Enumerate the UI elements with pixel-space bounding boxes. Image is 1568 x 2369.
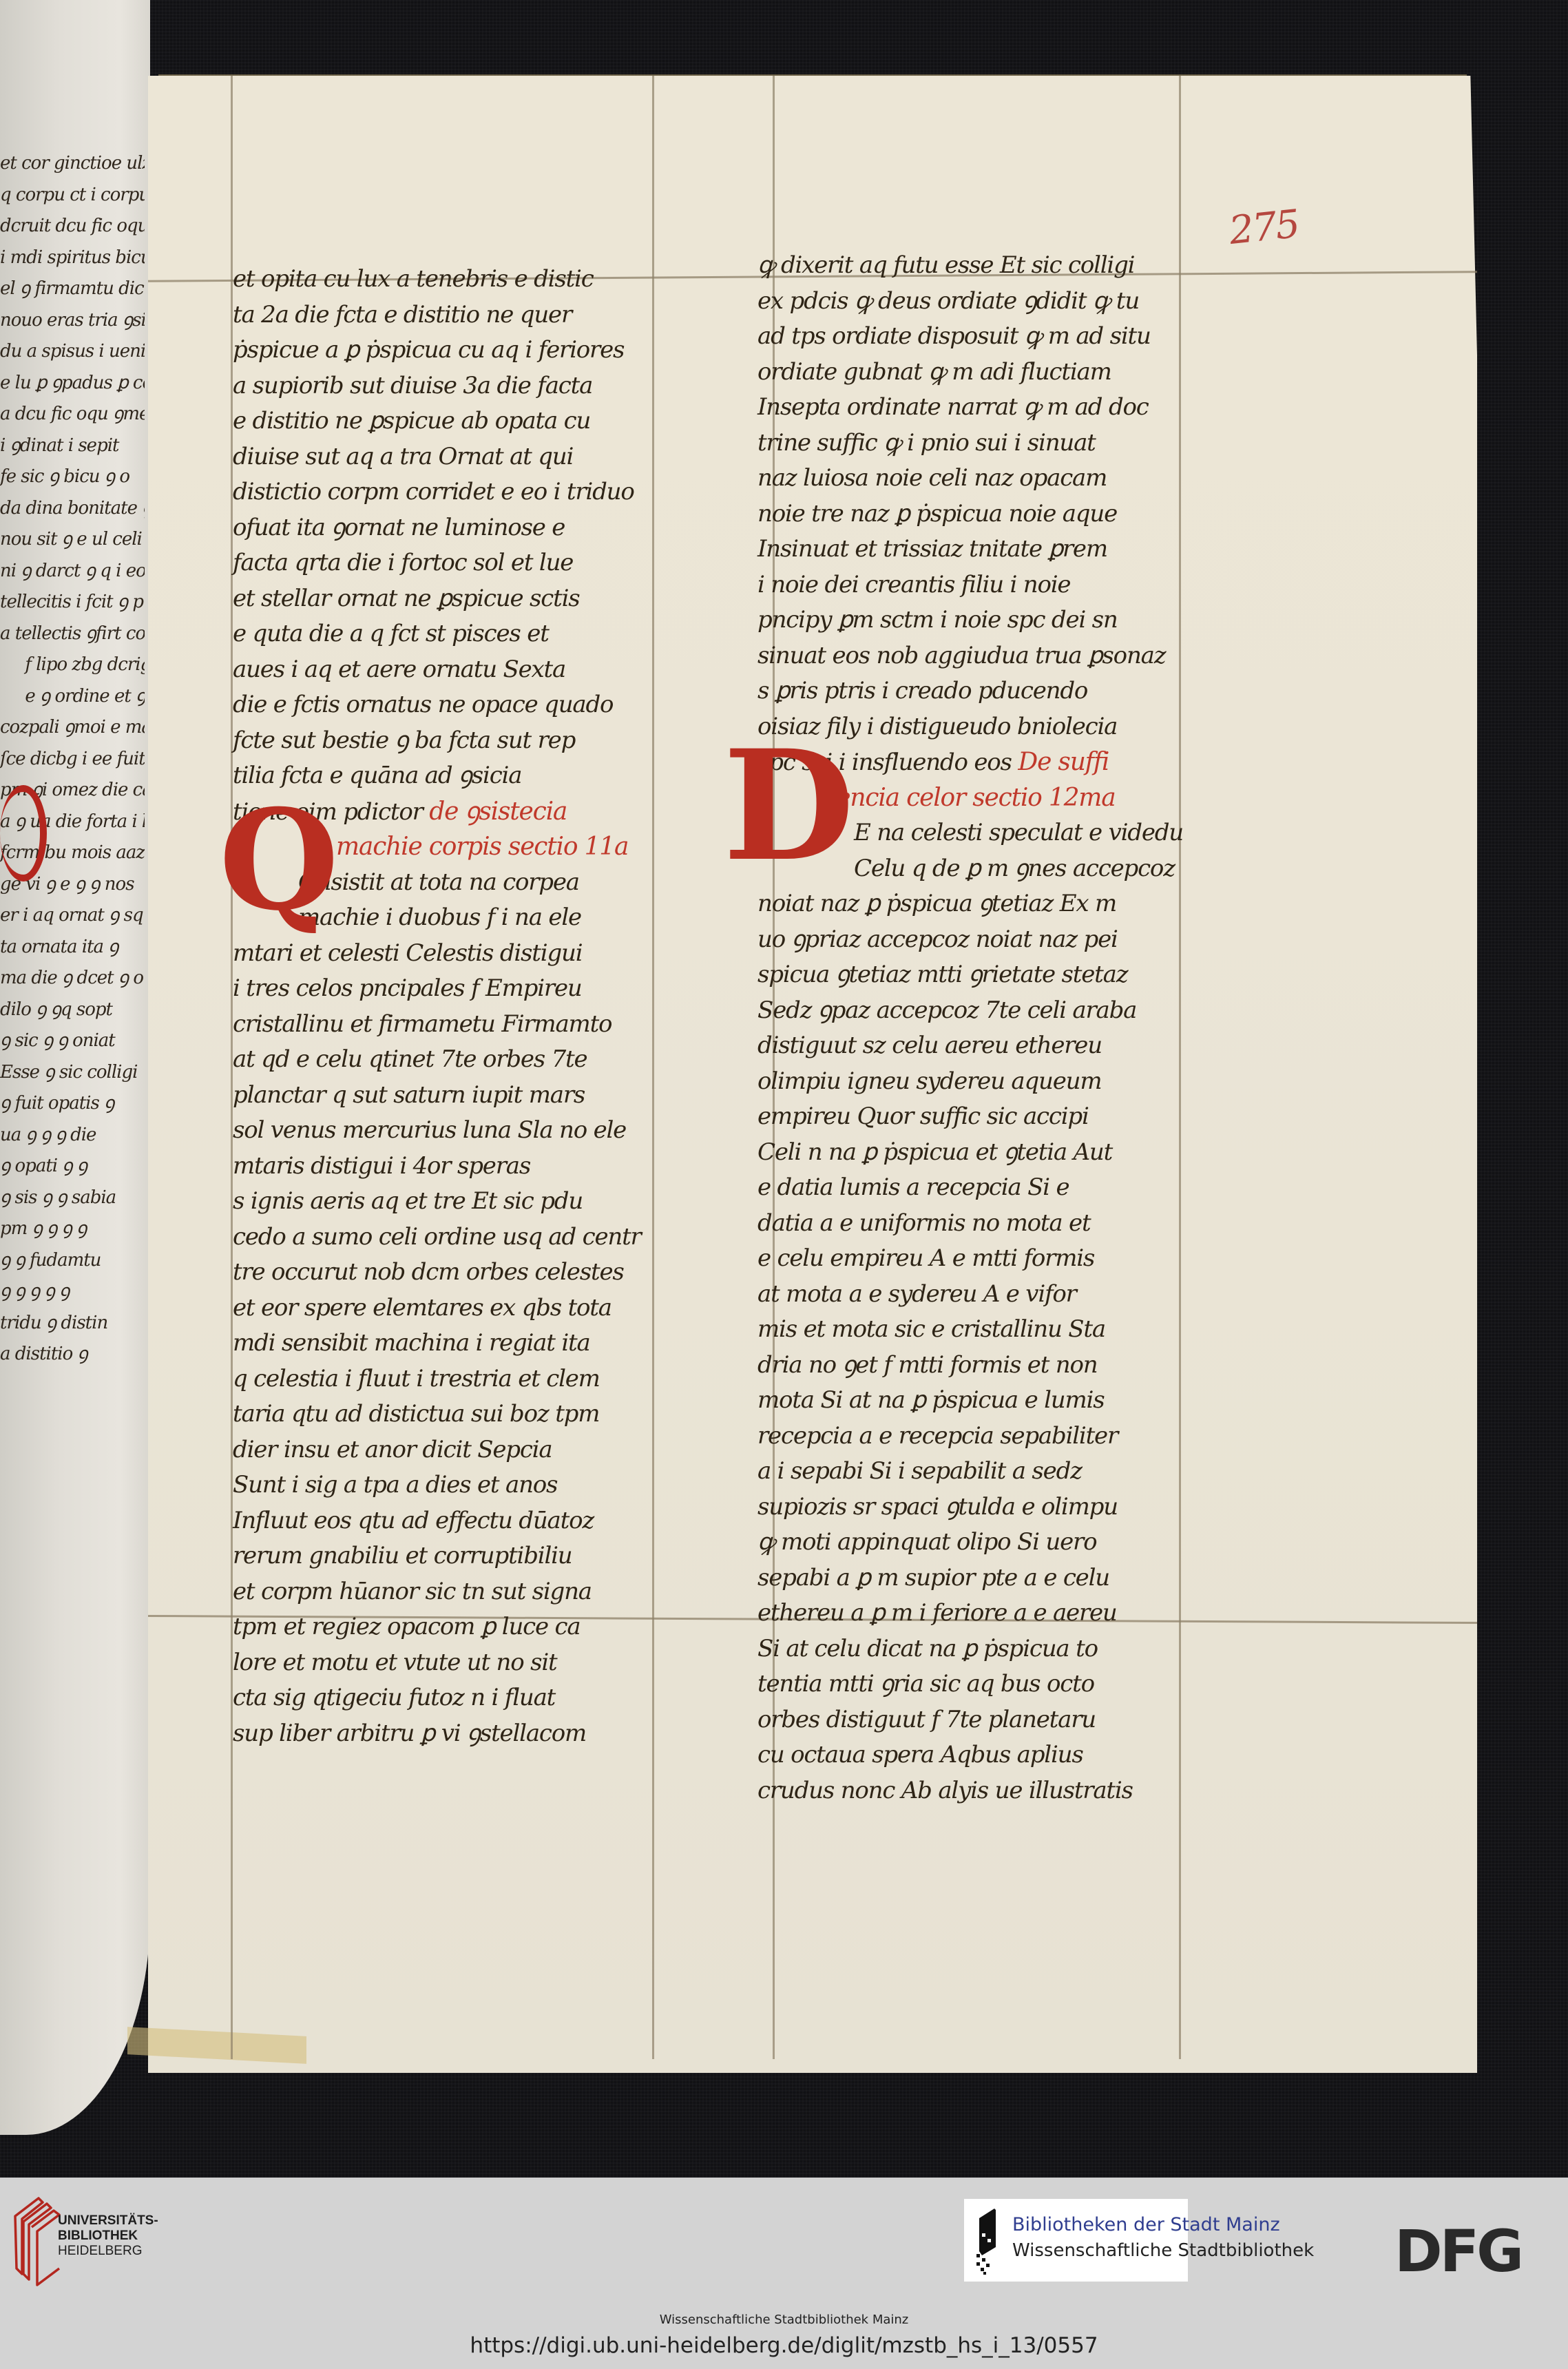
text-line: dria no ꝯet f mtti formis et non xyxy=(757,1348,1253,1384)
text-line: et stellar ornat ne ꝑspicue sctis xyxy=(233,581,694,617)
text-line: taria qtu ad distictua sui boz tpm xyxy=(233,1397,694,1432)
mainz-line-2: Wissenschaftliche Stadtbibliothek xyxy=(1012,2240,1314,2261)
footer-bar: UNIVERSITÄTS- BIBLIOTHEK HEIDELBERG Bibl… xyxy=(0,2178,1568,2369)
text-line: cu octaua spera Aqbus aplius xyxy=(757,1737,1253,1773)
text-line: mtaris distigui i 4or speras xyxy=(233,1149,694,1184)
text-line: facta qrta die i fortoc sol et lue xyxy=(233,545,694,581)
text-line: s ꝑris ptris i creado pducendo xyxy=(757,674,1253,709)
text-line: mdi sensibit machina i regiat ita xyxy=(233,1326,694,1361)
text-line: planctar q sut saturn iupit mars xyxy=(233,1078,694,1114)
holding-library-caption: Wissenschaftliche Stadtbibliothek Mainz xyxy=(0,2313,1568,2327)
text-line: noie tre naz ꝑ ṗspicua noie aque xyxy=(757,497,1253,532)
text-line: et eor spere elemtares ex qbs tota xyxy=(233,1291,694,1326)
text-line: i noie dei creantis filiu i noie xyxy=(757,567,1253,603)
left-column-text: et opita cu lux a tenebris e distic ta 2… xyxy=(233,262,694,1751)
text-line: ꝙ moti appinquat olipo Si uero xyxy=(757,1525,1253,1561)
text-line: ex pdcis ꝙ deus ordiate ꝯdidit ꝙ tu xyxy=(757,284,1253,320)
dfg-logo: DFG xyxy=(1394,2217,1521,2285)
text-line: e quta die a q fct st pisces et xyxy=(233,616,694,652)
red-initial-q: Q xyxy=(219,792,339,930)
text-line: distiguut sz celu aereu ethereu xyxy=(757,1028,1253,1064)
text-line: ethereu a ꝑ m i feriore a e aereu xyxy=(757,1596,1253,1631)
text-line: orbes distiguut f 7te planetaru xyxy=(757,1702,1253,1738)
text-line: olimpiu igneu sydereu aqueum xyxy=(757,1064,1253,1100)
text-line: Celu q de ꝑ m ꝯnes accepcoz xyxy=(854,851,1253,887)
text-line: aues i aq et aere ornatu Sexta xyxy=(233,652,694,688)
text-line: sol venus mercurius luna Sla no ele xyxy=(233,1113,694,1149)
right-column-text: ꝙ dixerit aq futu esse Et sic colligi ex… xyxy=(757,248,1253,1808)
text-line: Insepta ordinate narrat ꝙ m ad doc xyxy=(757,390,1253,426)
permalink-url[interactable]: https://digi.ub.uni-heidelberg.de/diglit… xyxy=(0,2333,1568,2358)
text-line: die e fctis ornatus ne opace quado xyxy=(233,687,694,723)
text-line: at mota a e sydereu A e vifor xyxy=(757,1277,1253,1313)
text-line: cta sig qtigeciu futoz n i fluat xyxy=(233,1680,694,1716)
ub-line-3: HEIDELBERG xyxy=(58,2244,158,2259)
text-line: diuise sut aq a tra Ornat at qui xyxy=(233,439,694,475)
text-line: naz luiosa noie celi naz opacam xyxy=(757,461,1253,497)
text-line: distictio corpm corridet e eo i triduo xyxy=(233,474,694,510)
text-line: mota Si at na ꝑ ṗspicua e lumis xyxy=(757,1383,1253,1419)
previous-page-red-initial xyxy=(0,785,47,881)
book-pixel-icon xyxy=(974,2206,1001,2275)
text-line: tpm et regiez opacom ꝑ luce ca xyxy=(233,1609,694,1645)
text-line: rerum gnabiliu et corruptibiliu xyxy=(233,1538,694,1574)
text-line: supiozis sr spaci ꝯtulda e olimpu xyxy=(757,1490,1253,1525)
text-line: e celu empireu A e mtti formis xyxy=(757,1241,1253,1277)
manuscript-scan: et cor ginctioe ulz i ueliq corpu ct i c… xyxy=(0,0,1568,2178)
text-line: sinuat eos nob aggiudua trua ꝑsonaz xyxy=(757,638,1253,674)
text-line: E na celesti speculat e videdu xyxy=(854,815,1253,851)
text-line: Sedz ꝯpaz accepcoz 7te celi araba xyxy=(757,993,1253,1029)
text-line: Insinuat et trissiaz tnitate ꝑrem xyxy=(757,532,1253,567)
text-line: spicua ꝯtetiaz mtti ꝯrietate stetaz xyxy=(757,957,1253,993)
text-line: ꝙ dixerit aq futu esse Et sic colligi xyxy=(757,248,1253,284)
text-line: Sunt i sig a tpa a dies et anos xyxy=(233,1468,694,1503)
text-line: at qd e celu qtinet 7te orbes 7te xyxy=(233,1042,694,1078)
text-line: a supiorib sut diuise 3a die facta xyxy=(233,368,694,404)
text-line: Celi n na ꝑ ṗspicua et ꝯtetia Aut xyxy=(757,1135,1253,1171)
previous-page-text: et cor ginctioe ulz i ueliq corpu ct i c… xyxy=(0,148,145,1698)
text-line: mis et mota sic e cristallinu Sta xyxy=(757,1312,1253,1348)
previous-page-edge: et cor ginctioe ulz i ueliq corpu ct i c… xyxy=(0,0,150,2135)
rubric-heading: ciencia celor sectio 12ma xyxy=(816,784,1116,812)
ub-line-1: UNIVERSITÄTS- xyxy=(58,2213,158,2229)
text-line: et corpm hūanor sic tn sut signa xyxy=(233,1574,694,1610)
text-line: sup liber arbitru ꝑ vi ꝯstellacom xyxy=(233,1716,694,1752)
text-line: dier insu et anor dicit Sepcia xyxy=(233,1432,694,1468)
text-line: ordiate gubnat ꝙ m adi fluctiam xyxy=(757,355,1253,390)
text-line: Si at celu dicat na ꝑ ṗspicua to xyxy=(757,1631,1253,1667)
text-line: trine suffic ꝙ i pnio sui i sinuat xyxy=(757,426,1253,461)
text-line: uo ꝯpriaz accepcoz noiat naz pei xyxy=(757,922,1253,958)
text-line: pncipy ꝑm sctm i noie spc dei sn xyxy=(757,603,1253,638)
text-line: ṗspicue a ꝑ ṗspicua cu aq i feriores xyxy=(233,333,694,368)
text-line: sepabi a ꝑ m supior pte a e celu xyxy=(757,1561,1253,1596)
text-line: cristallinu et firmametu Firmamto xyxy=(233,1007,694,1043)
text-line: ad tps ordiate disposuit ꝙ m ad situ xyxy=(757,319,1253,355)
text-line: cedo a sumo celi ordine usq ad centr xyxy=(233,1220,694,1255)
red-initial-d: D xyxy=(723,730,855,881)
text-line: s ignis aeris aq et tre Et sic pdu xyxy=(233,1184,694,1220)
text-line: e distitio ne ꝑspicue ab opata cu xyxy=(233,404,694,439)
ub-heidelberg-books-icon xyxy=(14,2197,62,2286)
text-line: recepcia a e recepcia sepabiliter xyxy=(757,1419,1253,1454)
text-line: a i sepabi Si i sepabilit a sedz xyxy=(757,1454,1253,1490)
text-line: q celestia i fluut i trestria et clem xyxy=(233,1361,694,1397)
ub-heidelberg-wordmark: UNIVERSITÄTS- BIBLIOTHEK HEIDELBERG xyxy=(58,2213,158,2259)
text-line: e datia lumis a recepcia Si e xyxy=(757,1170,1253,1206)
rubric-heading: machie corpis sectio 11a xyxy=(336,833,628,861)
ub-line-2: BIBLIOTHEK xyxy=(58,2229,158,2244)
text-line: tentia mtti ꝯria sic aq bus octo xyxy=(757,1667,1253,1702)
text-line: datia a e uniformis no mota et xyxy=(757,1206,1253,1242)
rubric-heading: de ꝯsistecia xyxy=(429,797,567,826)
mainz-library-logo: Bibliotheken der Stadt Mainz Wissenschaf… xyxy=(964,2199,1188,2282)
text-line: machie i duobus f i na ele xyxy=(298,900,694,936)
text-line: Influut eos qtu ad effectu dūatoz xyxy=(233,1503,694,1539)
text-line: lore et motu et vtute ut no sit xyxy=(233,1645,694,1681)
rubric-heading: De suffi xyxy=(1018,748,1109,776)
text-line: crudus nonc Ab alyis ue illustratis xyxy=(757,1773,1253,1809)
text-line: ofuat ita ꝯornat ne luminose e xyxy=(233,510,694,546)
text-line: i tres celos pncipales f Empireu xyxy=(233,971,694,1007)
text-line: Onsistit at tota na corpea xyxy=(298,865,694,901)
text-line: fcte sut bestie ꝯ ba fcta sut rep xyxy=(233,723,694,759)
text-line: tre occurut nob dcm orbes celestes xyxy=(233,1255,694,1291)
text-line: et opita cu lux a tenebris e distic xyxy=(233,262,694,298)
folio-number: 275 xyxy=(1227,202,1301,253)
text-line: empireu Quor suffic sic accipi xyxy=(757,1099,1253,1135)
text-line: ta 2a die fcta e distitio ne quer xyxy=(233,298,694,333)
mainz-line-1: Bibliotheken der Stadt Mainz xyxy=(1012,2214,1280,2235)
